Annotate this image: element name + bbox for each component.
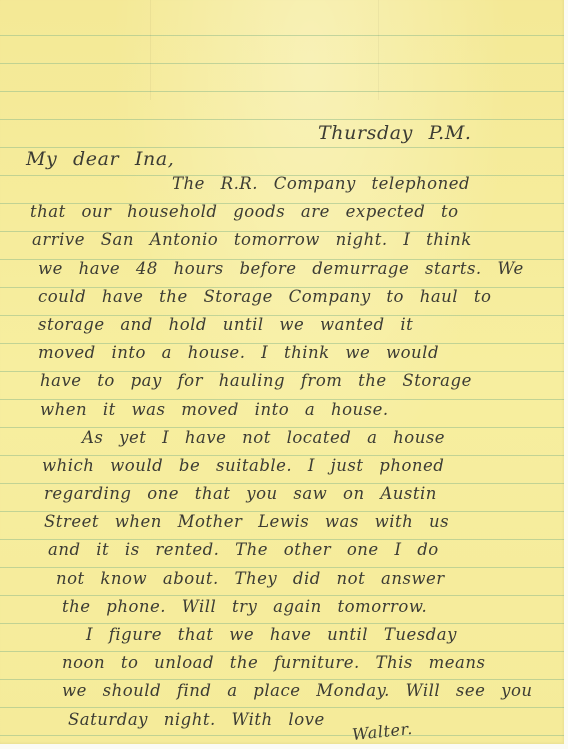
paper-crease (150, 0, 151, 100)
letter-line: we have 48 hours before demurrage starts… (0, 255, 564, 283)
letter-line: Street when Mother Lewis was with us (0, 508, 564, 536)
letter-line: moved into a house. I think we would (0, 339, 564, 367)
letter-line: that our household goods are expected to (0, 198, 564, 226)
letter-line: Saturday night. With love (0, 706, 564, 734)
letter-line: noon to unload the furniture. This means (0, 649, 564, 677)
letter-line: could have the Storage Company to haul t… (0, 283, 564, 311)
letter-line: have to pay for hauling from the Storage (0, 367, 564, 395)
letter-salutation: My dear Ina, (26, 145, 174, 173)
letter-line: which would be suitable. I just phoned (0, 452, 564, 480)
legal-pad-page: Thursday P.M. My dear Ina, The R.R. Comp… (0, 0, 564, 744)
letter-line: As yet I have not located a house (0, 424, 564, 452)
letter-signature: Walter. (351, 715, 414, 744)
letter-date: Thursday P.M. (318, 119, 472, 147)
letter-line: I figure that we have until Tuesday (0, 621, 564, 649)
letter-line: we should find a place Monday. Will see … (0, 677, 564, 705)
letter-line: the phone. Will try again tomorrow. (0, 593, 564, 621)
letter-line: when it was moved into a house. (0, 396, 564, 424)
letter-line: arrive San Antonio tomorrow night. I thi… (0, 226, 564, 254)
letter-line: and it is rented. The other one I do (0, 536, 564, 564)
letter-body: The R.R. Company telephoned that our hou… (0, 170, 564, 734)
letter-line: not know about. They did not answer (0, 565, 564, 593)
paper-crease (378, 0, 379, 100)
letter-line: storage and hold until we wanted it (0, 311, 564, 339)
letter-line: regarding one that you saw on Austin (0, 480, 564, 508)
letter-line: The R.R. Company telephoned (0, 170, 564, 198)
